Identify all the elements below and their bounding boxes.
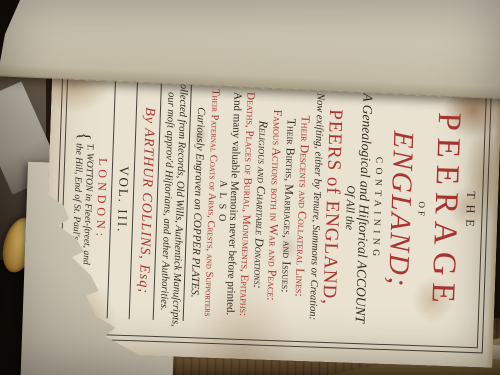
imprint-brace: { <box>76 132 93 141</box>
photo-of-antique-book: THE PEERAGE OF ENGLAND; CONTAINING A Gen… <box>0 0 500 375</box>
border-frame-outer: THE PEERAGE OF ENGLAND; CONTAINING A Gen… <box>53 57 493 354</box>
border-frame-inner: THE PEERAGE OF ENGLAND; CONTAINING A Gen… <box>58 62 487 348</box>
